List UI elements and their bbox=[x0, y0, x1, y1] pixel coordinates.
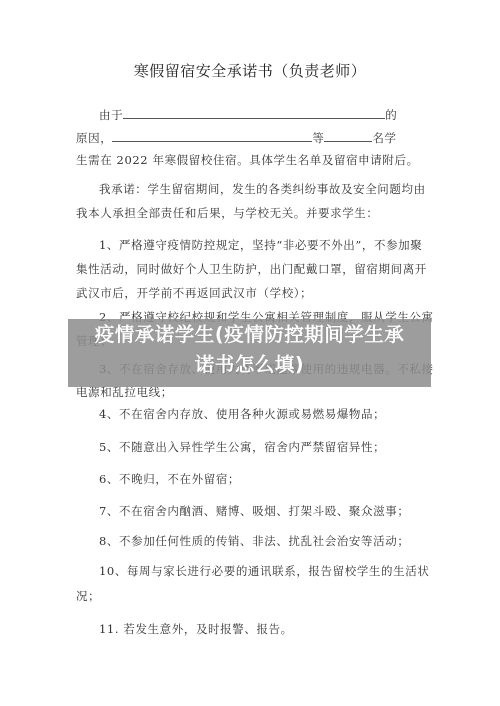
item-3-line-2: 电源和乱拉电线； bbox=[76, 385, 420, 399]
blank-reason-field bbox=[123, 108, 385, 119]
item-6: 6、不晚归，不在外留宿； bbox=[99, 472, 420, 486]
item-1-line-1: 1、严格遵守疫情防控规定，坚持“非必要不外出”，不参加聚 bbox=[99, 238, 420, 252]
overlay-caption-line-1: 疫情承诺学生(疫情防控期间学生承 bbox=[68, 320, 431, 350]
pledge-line-2: 我本人承担全部责任和后果，与学校无关。并要求学生： bbox=[76, 206, 420, 220]
item-10-line-2: 况； bbox=[76, 589, 420, 603]
document-title: 寒假留宿安全承诺书（负责老师） bbox=[0, 60, 500, 81]
overlay-caption: 疫情承诺学生(疫情防控期间学生承 诺书怎么填) bbox=[68, 320, 431, 380]
intro-line-3: 生需在 2022 年寒假留校住宿。具体学生名单及留宿申请附后。 bbox=[76, 153, 420, 167]
item-7: 7、不在宿舍内酗酒、赌博、吸烟、打架斗殴、聚众滋事； bbox=[99, 504, 420, 518]
blank-cause-field bbox=[112, 131, 312, 142]
intro-line-1: 由于的 bbox=[99, 108, 420, 122]
item-1-line-2: 集性活动，同时做好个人卫生防护，出门配戴口罩，留宿期间离开 bbox=[76, 262, 420, 276]
item-11: 11. 若发生意外，及时报警、报告。 bbox=[99, 622, 420, 636]
overlay-caption-line-2: 诺书怎么填) bbox=[68, 350, 431, 380]
item-8: 8、不参加任何性质的传销、非法、扰乱社会治安等活动； bbox=[99, 534, 420, 548]
blank-count-field bbox=[324, 131, 372, 142]
intro-line-2: 原因，等名学 bbox=[76, 131, 420, 145]
item-10-line-1: 10、每周与家长进行必要的通讯联系，报告留校学生的生活状 bbox=[99, 564, 420, 578]
item-4: 4、不在宿舍内存放、使用各种火源或易燃易爆物品； bbox=[99, 407, 420, 421]
item-1-line-3: 武汉市后，开学前不再返回武汉市（学校）； bbox=[76, 286, 420, 300]
item-5: 5、不随意出入异性学生公寓，宿舍内严禁留宿异性； bbox=[99, 440, 420, 454]
pledge-line-1: 我承诺：学生留宿期间，发生的各类纠纷事故及安全问题均由 bbox=[99, 182, 420, 196]
